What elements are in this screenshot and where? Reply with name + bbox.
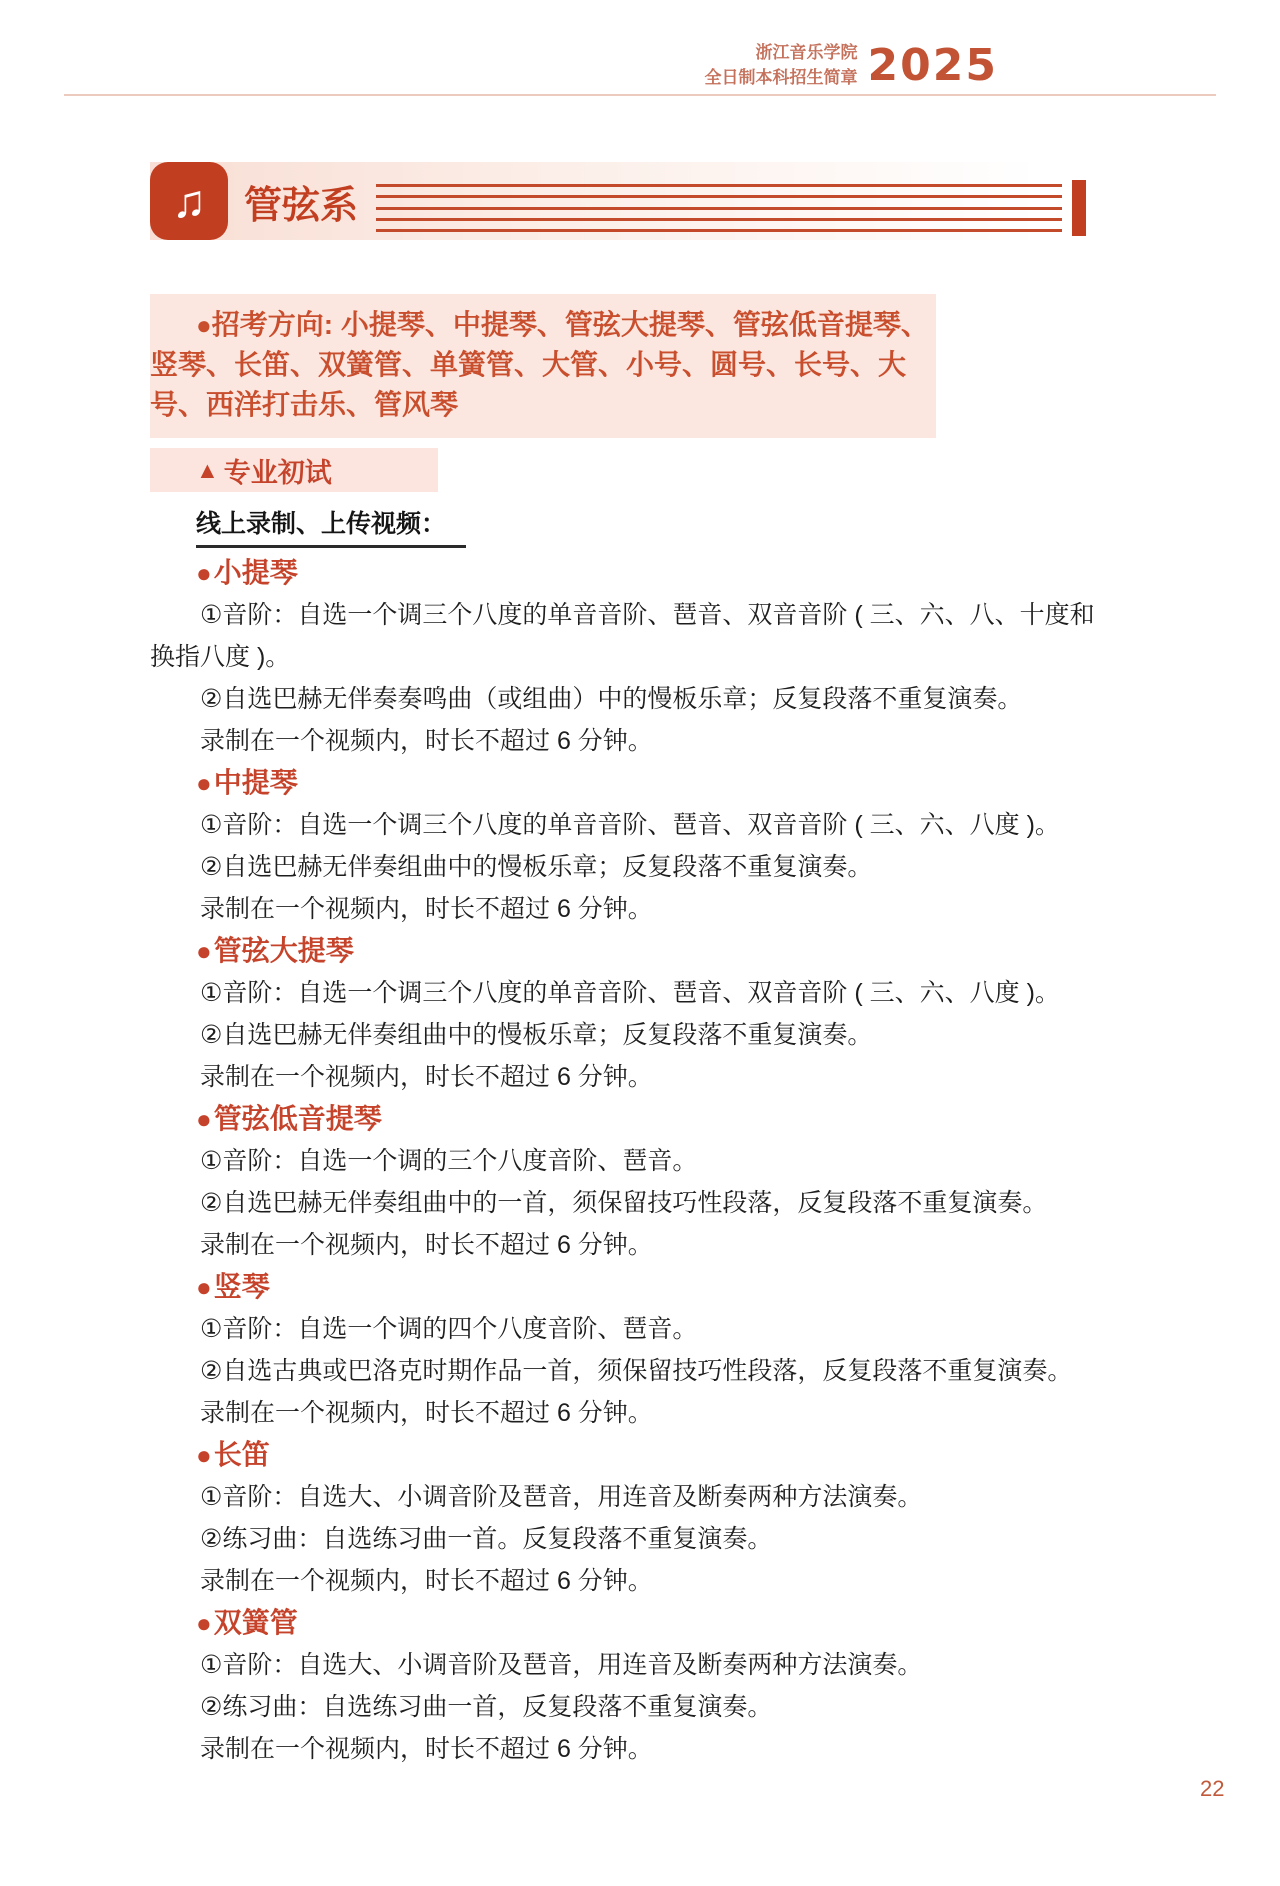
- staff-line: [376, 195, 1062, 198]
- department-title: 管弦系: [244, 174, 358, 229]
- instrument-heading: ●管弦大提琴: [150, 930, 1112, 972]
- requirement-line: ②练习曲：自选练习曲一首。反复段落不重复演奏。: [150, 1518, 1112, 1560]
- requirement-line: ①音阶：自选一个调的三个八度音阶、琶音。: [150, 1140, 1112, 1182]
- bullet-icon: ●: [196, 1608, 214, 1638]
- staff-end-bar: [1072, 180, 1086, 236]
- instrument-heading: ●竖琴: [150, 1266, 1112, 1308]
- requirement-line: ①音阶：自选一个调三个八度的单音音阶、琶音、双音音阶 ( 三、六、八度 )。: [150, 972, 1112, 1014]
- bullet-icon: ●: [196, 310, 212, 340]
- instrument-name: 长笛: [214, 1439, 270, 1470]
- instrument-heading: ●中提琴: [150, 762, 1112, 804]
- instrument-name: 管弦大提琴: [214, 935, 354, 966]
- exam-stage-bar: ▲ 专业初试: [150, 448, 438, 492]
- music-notes-glyph: ♫: [172, 174, 207, 228]
- requirement-line: ②自选巴赫无伴奏组曲中的一首，须保留技巧性段落，反复段落不重复演奏。: [150, 1182, 1112, 1224]
- instrument-heading: ●长笛: [150, 1434, 1112, 1476]
- instrument-section-harp: ●竖琴 ①音阶：自选一个调的四个八度音阶、琶音。 ②自选古典或巴洛克时期作品一首…: [150, 1266, 1112, 1434]
- requirement-line: ②自选古典或巴洛克时期作品一首，须保留技巧性段落，反复段落不重复演奏。: [150, 1350, 1112, 1392]
- bullet-icon: ●: [196, 1272, 214, 1302]
- instrument-section-viola: ●中提琴 ①音阶：自选一个调三个八度的单音音阶、琶音、双音音阶 ( 三、六、八度…: [150, 762, 1112, 930]
- page-header: 浙江音乐学院 全日制本科招生简章 2025: [705, 40, 998, 91]
- recording-method-text: 线上录制、上传视频：: [196, 510, 466, 548]
- staff-line: [376, 207, 1062, 210]
- requirement-line: 录制在一个视频内，时长不超过 6 分钟。: [150, 1728, 1112, 1770]
- instrument-section-flute: ●长笛 ①音阶：自选大、小调音阶及琶音，用连音及断奏两种方法演奏。 ②练习曲：自…: [150, 1434, 1112, 1602]
- requirement-line: ①音阶：自选大、小调音阶及琶音，用连音及断奏两种方法演奏。: [150, 1644, 1112, 1686]
- requirement-line: 录制在一个视频内，时长不超过 6 分钟。: [150, 720, 1112, 762]
- instrument-name: 小提琴: [214, 557, 298, 588]
- instrument-section-cello: ●管弦大提琴 ①音阶：自选一个调三个八度的单音音阶、琶音、双音音阶 ( 三、六、…: [150, 930, 1112, 1098]
- bullet-icon: ●: [196, 1440, 214, 1470]
- requirement-line: 录制在一个视频内，时长不超过 6 分钟。: [150, 1392, 1112, 1434]
- requirement-line: ②练习曲：自选练习曲一首，反复段落不重复演奏。: [150, 1686, 1112, 1728]
- instrument-section-violin: ●小提琴 ①音阶：自选一个调三个八度的单音音阶、琶音、双音音阶 ( 三、六、八、…: [150, 552, 1112, 762]
- bullet-icon: ●: [196, 936, 214, 966]
- brochure-subtitle: 全日制本科招生简章: [705, 66, 858, 91]
- header-titles: 浙江音乐学院 全日制本科招生简章: [705, 41, 858, 90]
- staff-line: [376, 218, 1062, 221]
- requirement-line: ②自选巴赫无伴奏组曲中的慢板乐章；反复段落不重复演奏。: [150, 1014, 1112, 1056]
- year-label: 2025: [868, 40, 998, 91]
- requirement-line: ①音阶：自选一个调三个八度的单音音阶、琶音、双音音阶 ( 三、六、八度 )。: [150, 804, 1112, 846]
- staff-line: [376, 184, 1062, 187]
- recording-method-note: 线上录制、上传视频：: [196, 504, 466, 540]
- triangle-icon: ▲: [196, 457, 219, 484]
- bullet-icon: ●: [196, 558, 214, 588]
- requirement-line: 录制在一个视频内，时长不超过 6 分钟。: [150, 1056, 1112, 1098]
- requirement-line: ①音阶：自选大、小调音阶及琶音，用连音及断奏两种方法演奏。: [150, 1476, 1112, 1518]
- header-divider: [64, 94, 1216, 96]
- staff-line: [376, 229, 1062, 232]
- school-name: 浙江音乐学院: [705, 41, 858, 66]
- requirement-line: ①音阶：自选一个调三个八度的单音音阶、琶音、双音音阶 ( 三、六、八、十度和换指…: [150, 594, 1112, 678]
- requirement-line: ②自选巴赫无伴奏奏鸣曲（或组曲）中的慢板乐章；反复段落不重复演奏。: [150, 678, 1112, 720]
- instrument-name: 双簧管: [214, 1607, 298, 1638]
- page-number: 22: [1200, 1776, 1224, 1802]
- admission-directions-text: ●招考方向: 小提琴、中提琴、管弦大提琴、管弦低音提琴、竖琴、长笛、双簧管、单簧…: [150, 305, 936, 425]
- requirement-line: 录制在一个视频内，时长不超过 6 分钟。: [150, 888, 1112, 930]
- instrument-heading: ●管弦低音提琴: [150, 1098, 1112, 1140]
- bullet-icon: ●: [196, 1104, 214, 1134]
- instrument-heading: ●小提琴: [150, 552, 1112, 594]
- instrument-name: 竖琴: [214, 1271, 270, 1302]
- admission-directions-list: 招考方向: 小提琴、中提琴、管弦大提琴、管弦低音提琴、竖琴、长笛、双簧管、单簧管…: [150, 309, 929, 420]
- admission-directions-block: ●招考方向: 小提琴、中提琴、管弦大提琴、管弦低音提琴、竖琴、长笛、双簧管、单簧…: [150, 294, 936, 438]
- instrument-name: 中提琴: [214, 767, 298, 798]
- staff-lines-decoration: [376, 184, 1086, 232]
- instrument-section-oboe: ●双簧管 ①音阶：自选大、小调音阶及琶音，用连音及断奏两种方法演奏。 ②练习曲：…: [150, 1602, 1112, 1770]
- exam-stage-label: 专业初试: [224, 451, 332, 490]
- department-banner: ♫ 管弦系: [150, 162, 1086, 240]
- music-notes-icon: ♫: [150, 162, 228, 240]
- instrument-name: 管弦低音提琴: [214, 1103, 382, 1134]
- staff-lines: [376, 184, 1062, 232]
- requirement-line: 录制在一个视频内，时长不超过 6 分钟。: [150, 1560, 1112, 1602]
- instrument-section-double-bass: ●管弦低音提琴 ①音阶：自选一个调的三个八度音阶、琶音。 ②自选巴赫无伴奏组曲中…: [150, 1098, 1112, 1266]
- instrument-heading: ●双簧管: [150, 1602, 1112, 1644]
- requirement-line: 录制在一个视频内，时长不超过 6 分钟。: [150, 1224, 1112, 1266]
- exam-requirements: ●小提琴 ①音阶：自选一个调三个八度的单音音阶、琶音、双音音阶 ( 三、六、八、…: [150, 552, 1112, 1770]
- brochure-page: 浙江音乐学院 全日制本科招生简章 2025 ♫ 管弦系 ●招考方向: 小提琴、中…: [0, 0, 1280, 1886]
- bullet-icon: ●: [196, 768, 214, 798]
- requirement-line: ①音阶：自选一个调的四个八度音阶、琶音。: [150, 1308, 1112, 1350]
- requirement-line: ②自选巴赫无伴奏组曲中的慢板乐章；反复段落不重复演奏。: [150, 846, 1112, 888]
